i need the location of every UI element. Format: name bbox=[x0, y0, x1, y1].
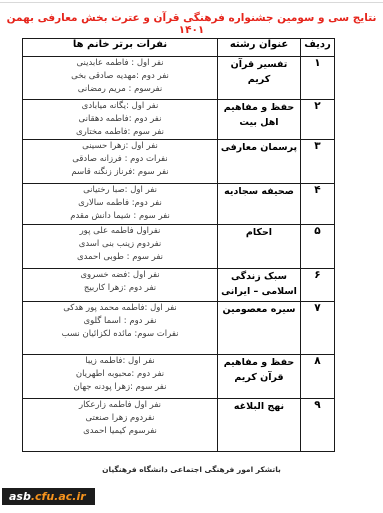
winner-line: نفر دوم :فاطمه دهقانی bbox=[23, 113, 217, 126]
row-rank: ۸ bbox=[301, 355, 335, 399]
row-winners: نفر اول :فاطمه محمد پور هدکینفر دوم : اس… bbox=[23, 302, 218, 355]
column-header-subject: عنوان رشته bbox=[218, 39, 301, 57]
table-row: ۹نهج البلاغهنفر اول فاطمه زارعکارنفردوم … bbox=[23, 399, 335, 452]
table-row: ۷سیره معصومیننفر اول :فاطمه محمد پور هدک… bbox=[23, 302, 335, 355]
row-winners: نفر اول :فضه خسروینفر دوم :زهرا کاربیج bbox=[23, 269, 218, 302]
row-subject: سبک زندگی اسلامی – ایرانی bbox=[218, 269, 301, 302]
row-winners: نفر اول فاطمه زارعکارنفردوم زهرا صنعتینف… bbox=[23, 399, 218, 452]
winner-line: نفرسوم : مریم رمضانی bbox=[23, 83, 217, 96]
winner-line: نفراول فاطمه علی پور bbox=[23, 225, 217, 238]
row-winners: نفر اول :صبا رختیانینفر دوم: فاطمه سالار… bbox=[23, 184, 218, 225]
row-rank: ۵ bbox=[301, 225, 335, 269]
winner-line: نفر سوم : شیما دانش مقدم bbox=[23, 210, 217, 223]
row-subject: تفسیر قرآن کریم bbox=[218, 57, 301, 100]
winner-line: نفردوم زینب بنی اسدی bbox=[23, 238, 217, 251]
table-row: ۶سبک زندگی اسلامی – ایرانینفر اول :فضه خ… bbox=[23, 269, 335, 302]
winner-line: نفرسوم کیمیا احمدی bbox=[23, 425, 217, 438]
row-rank: ۶ bbox=[301, 269, 335, 302]
winner-line: نفر دوم :محبوبه اطهریان bbox=[23, 368, 217, 381]
row-winners: نفر اول :زهرا حسینینفرات دوم : فرزانه صا… bbox=[23, 140, 218, 184]
winner-line: نفر سوم : طوبی احمدی bbox=[23, 251, 217, 264]
footer-credit: باتشکر امور فرهنگی اجتماعی دانشگاه فرهنگ… bbox=[0, 465, 383, 474]
row-subject: سیره معصومین bbox=[218, 302, 301, 355]
row-subject: پرسمان معارفی bbox=[218, 140, 301, 184]
winner-line: نفر اول : فاطمه عابدینی bbox=[23, 57, 217, 70]
watermark-site-domain: .cfu.ac.ir bbox=[31, 490, 86, 503]
watermark-site-name: asb bbox=[9, 490, 31, 503]
row-subject: حفظ و مفاهیم قرآن کریم bbox=[218, 355, 301, 399]
table-row: ۱تفسیر قرآن کریمنفر اول : فاطمه عابدینین… bbox=[23, 57, 335, 100]
watermark-banner: asb.cfu.ac.ir bbox=[2, 488, 95, 505]
winner-line: نفر دوم : اسما گلوی bbox=[23, 315, 217, 328]
row-subject: نهج البلاغه bbox=[218, 399, 301, 452]
winner-line: نفر اول :فاطمه زیبا bbox=[23, 355, 217, 368]
header-row: ردیف عنوان رشته نفرات برتر خانم ها bbox=[23, 39, 335, 57]
winner-line: نفر اول :فاطمه محمد پور هدکی bbox=[23, 302, 217, 315]
winner-line: نفر دوم :زهرا کاربیج bbox=[23, 282, 217, 295]
row-rank: ۲ bbox=[301, 100, 335, 140]
winner-line: نفر اول :فضه خسروی bbox=[23, 269, 217, 282]
row-winners: نفر اول :فاطمه زیبانفر دوم :محبوبه اطهری… bbox=[23, 355, 218, 399]
row-rank: ۱ bbox=[301, 57, 335, 100]
table-row: ۴صحیفه سجادیهنفر اول :صبا رختیانینفر دوم… bbox=[23, 184, 335, 225]
row-winners: نفراول فاطمه علی پورنفردوم زینب بنی اسدی… bbox=[23, 225, 218, 269]
winner-line: نفر اول :زهرا حسینی bbox=[23, 140, 217, 153]
row-rank: ۳ bbox=[301, 140, 335, 184]
results-table-header: ردیف عنوان رشته نفرات برتر خانم ها bbox=[23, 39, 335, 57]
winner-line: نفر اول :صبا رختیانی bbox=[23, 184, 217, 197]
table-row: ۵احکامنفراول فاطمه علی پورنفردوم زینب بن… bbox=[23, 225, 335, 269]
row-winners: نفر اول :یگانه میابادینفر دوم :فاطمه دهق… bbox=[23, 100, 218, 140]
table-row: ۳پرسمان معارفینفر اول :زهرا حسینینفرات د… bbox=[23, 140, 335, 184]
column-header-rank: ردیف bbox=[301, 39, 335, 57]
row-rank: ۴ bbox=[301, 184, 335, 225]
results-table-body: ۱تفسیر قرآن کریمنفر اول : فاطمه عابدینین… bbox=[23, 57, 335, 452]
winner-line: نفر سوم :فاطمه مختاری bbox=[23, 126, 217, 139]
winner-line: نفردوم زهرا صنعتی bbox=[23, 412, 217, 425]
row-subject: احکام bbox=[218, 225, 301, 269]
results-table: ردیف عنوان رشته نفرات برتر خانم ها ۱تفسی… bbox=[22, 38, 335, 452]
table-row: ۸حفظ و مفاهیم قرآن کریمنفر اول :فاطمه زی… bbox=[23, 355, 335, 399]
winner-line: نفر اول فاطمه زارعکار bbox=[23, 399, 217, 412]
top-divider bbox=[0, 2, 383, 3]
winner-line: نفرات دوم : فرزانه صادقی bbox=[23, 153, 217, 166]
winner-line: نفر سوم :زهرا پودنه جهان bbox=[23, 381, 217, 394]
winner-line: نفر دوم: فاطمه سالاری bbox=[23, 197, 217, 210]
winner-line: نفر سوم :فرناز زنگنه قاسم bbox=[23, 166, 217, 179]
winner-line: نفر دوم :مهدیه صادقی بخی bbox=[23, 70, 217, 83]
row-subject: حفظ و مفاهیم اهل بیت bbox=[218, 100, 301, 140]
row-rank: ۷ bbox=[301, 302, 335, 355]
row-subject: صحیفه سجادیه bbox=[218, 184, 301, 225]
row-rank: ۹ bbox=[301, 399, 335, 452]
page-title: نتایج سی و سومین جشنواره فرهنگی قرآن و ع… bbox=[0, 12, 383, 36]
table-row: ۲حفظ و مفاهیم اهل بیتنفر اول :یگانه میاب… bbox=[23, 100, 335, 140]
row-winners: نفر اول : فاطمه عابدینینفر دوم :مهدیه صا… bbox=[23, 57, 218, 100]
column-header-winners: نفرات برتر خانم ها bbox=[23, 39, 218, 57]
winner-line: نفرات سوم: مائده لکزائیان نسب bbox=[23, 328, 217, 341]
winner-line: نفر اول :یگانه میابادی bbox=[23, 100, 217, 113]
